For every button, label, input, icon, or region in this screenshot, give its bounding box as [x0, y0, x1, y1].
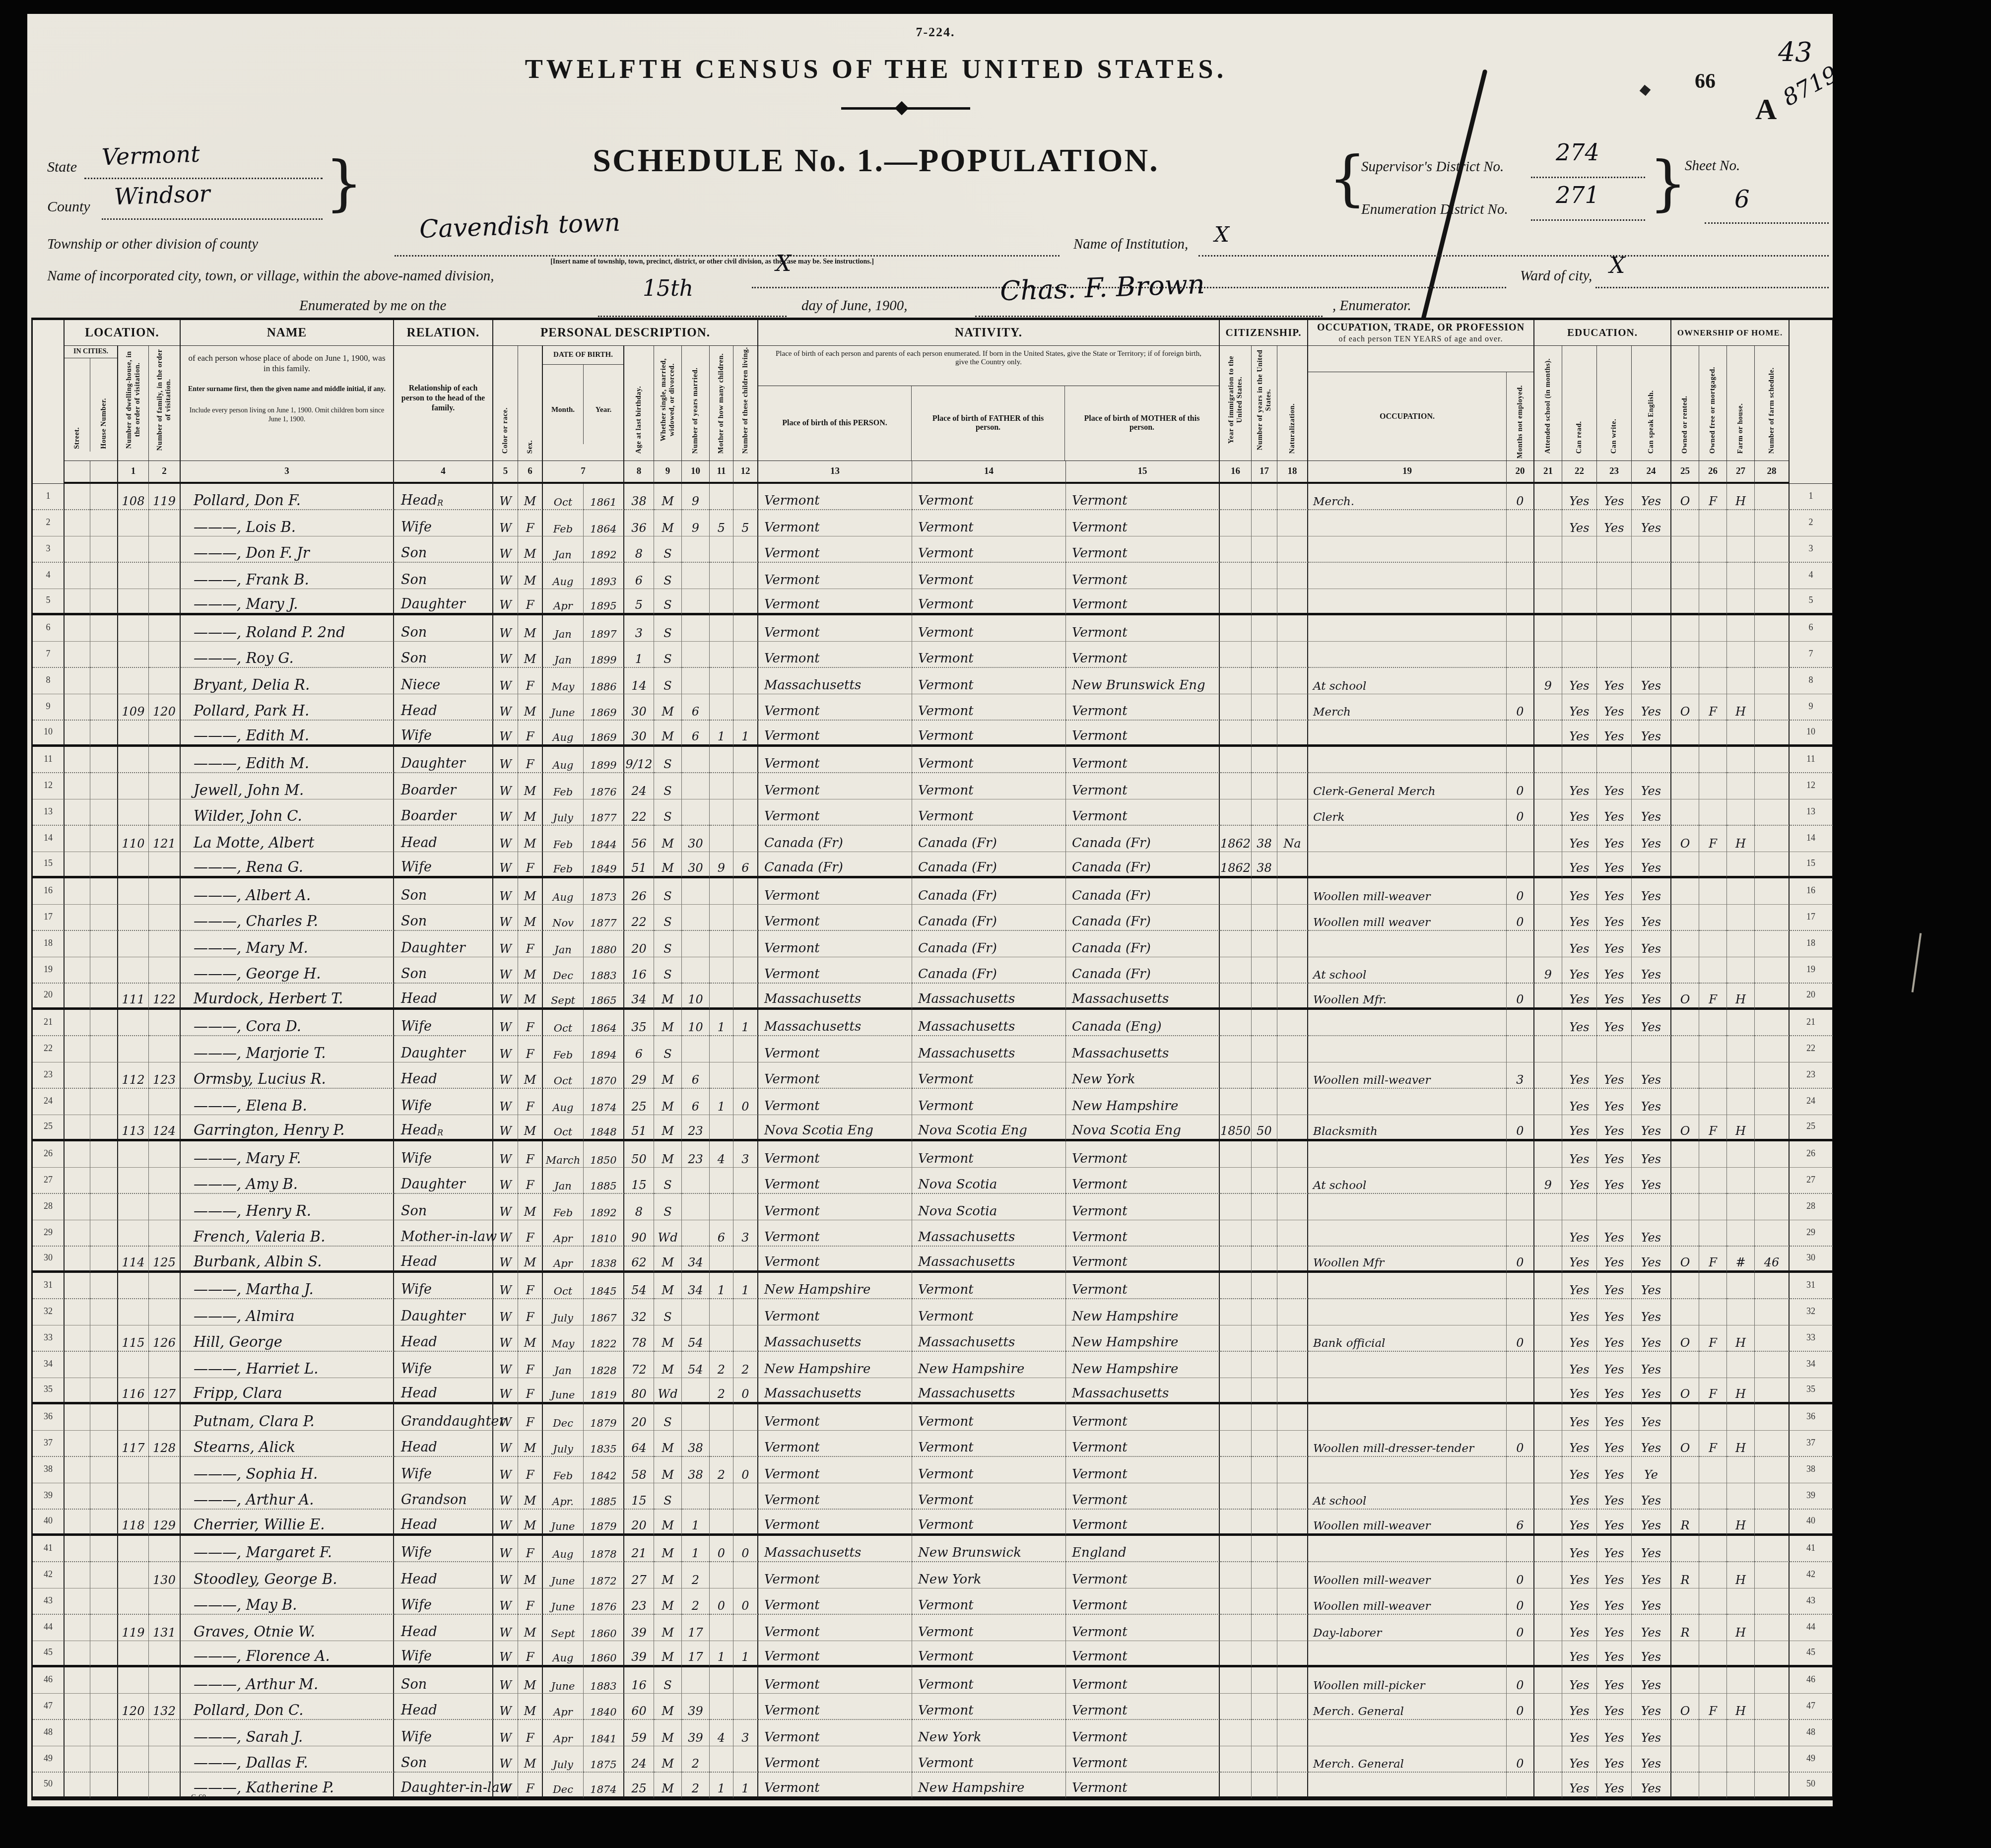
row-number-left: 22 [33, 1036, 65, 1062]
cell-months_unemployed [1507, 668, 1534, 694]
cell-farm_or_house [1727, 668, 1755, 694]
cell-naturalization [1277, 773, 1308, 799]
cell-farm_schedule [1755, 1115, 1790, 1141]
cell-year: 1885 [584, 1168, 624, 1194]
cell-dwelling [118, 905, 149, 931]
cell-father_born: Massachusetts [912, 1036, 1066, 1062]
row-number-right: 26 [1790, 1141, 1833, 1168]
cell-years_us [1252, 1694, 1277, 1720]
row-number-left: 34 [33, 1352, 65, 1378]
row-number-right: 40 [1790, 1510, 1833, 1536]
cell-mother_born: Vermont [1066, 1510, 1220, 1536]
cell-read: Yes [1562, 852, 1597, 878]
cell-marital: S [654, 1036, 682, 1062]
street-cell [65, 905, 90, 931]
cell-immigration [1220, 1089, 1252, 1115]
cell-year: 1876 [584, 1588, 624, 1615]
cell-mortgage [1699, 799, 1727, 826]
cell-relation: Head [394, 1325, 493, 1352]
cell-race: W [493, 1615, 518, 1641]
column-number: 11 [710, 461, 733, 484]
cell-years_married: 6 [682, 1062, 710, 1089]
cell-immigration [1220, 984, 1252, 1010]
row-number-left: 15 [33, 852, 65, 878]
cell-born: Vermont [758, 1641, 912, 1667]
cell-born: Vermont [758, 484, 912, 510]
cell-year: 1874 [584, 1773, 624, 1799]
cell-year: 1848 [584, 1115, 624, 1141]
cell-relation: Daughter [394, 931, 493, 957]
house-number-cell [90, 905, 118, 931]
cell-family [149, 1089, 181, 1115]
cell-relation: Son [394, 642, 493, 668]
township-label: Township or other division of county [47, 236, 258, 253]
cell-years_us [1252, 694, 1277, 721]
cell-race: W [493, 1273, 518, 1299]
cell-year: 1883 [584, 957, 624, 984]
cell-sex: M [518, 984, 543, 1010]
cell-born: Vermont [758, 773, 912, 799]
cell-month: Jan [543, 931, 584, 957]
cell-children_living: 3 [733, 1720, 758, 1746]
cell-years_us [1252, 1483, 1277, 1510]
cell-family [149, 1746, 181, 1773]
cell-english [1632, 563, 1671, 589]
row-number-right: 21 [1790, 1010, 1833, 1036]
cell-marital: S [654, 615, 682, 642]
cell-years_married [682, 957, 710, 984]
cell-farm_or_house [1727, 747, 1755, 773]
cell-name: Garrington, Henry P. [181, 1115, 394, 1141]
cell-english [1632, 536, 1671, 563]
cell-month: Apr [543, 1220, 584, 1247]
cell-naturalization [1277, 1562, 1308, 1588]
cell-owned [1671, 1667, 1699, 1694]
cell-father_born: Massachusetts [912, 1010, 1066, 1036]
cell-dwelling [118, 1562, 149, 1588]
cell-sex: M [518, 878, 543, 905]
cell-farm_schedule [1755, 905, 1790, 931]
cell-read: Yes [1562, 1089, 1597, 1115]
cell-children_living: 5 [733, 510, 758, 536]
cell-mother_of [710, 799, 733, 826]
citizenship-group-header: CITIZENSHIP. [1220, 320, 1308, 346]
cell-years_married: 34 [682, 1247, 710, 1273]
cell-age: 22 [624, 799, 654, 826]
cell-month: Jan [543, 615, 584, 642]
sheet-line [1705, 222, 1829, 224]
cell-year: 1867 [584, 1299, 624, 1325]
cell-occupation: Woollen mill-weaver [1308, 1588, 1507, 1615]
cell-immigration [1220, 773, 1252, 799]
cell-school [1534, 615, 1562, 642]
cell-farm_or_house [1727, 931, 1755, 957]
cell-race: W [493, 1641, 518, 1667]
cell-months_unemployed [1507, 1089, 1534, 1115]
cell-born: Massachusetts [758, 1010, 912, 1036]
cell-family [149, 1720, 181, 1746]
cell-age: 16 [624, 1667, 654, 1694]
cell-farm_schedule [1755, 615, 1790, 642]
cell-farm_or_house [1727, 1588, 1755, 1615]
cell-sex: M [518, 957, 543, 984]
cell-years_married: 6 [682, 721, 710, 747]
row-number-left: 35 [33, 1378, 65, 1404]
cell-years_married [682, 642, 710, 668]
row-number-right: 44 [1790, 1615, 1833, 1641]
cell-born: Vermont [758, 878, 912, 905]
cell-read [1562, 563, 1597, 589]
cell-father_born: Vermont [912, 1510, 1066, 1536]
cell-mother_of: 4 [710, 1720, 733, 1746]
cell-immigration [1220, 536, 1252, 563]
enumeration-label: Enumeration District No. [1361, 201, 1508, 218]
row-number-right: 2 [1790, 510, 1833, 536]
cell-relation: Wife [394, 1641, 493, 1667]
cell-owned: O [1671, 1378, 1699, 1404]
cell-children_living [733, 589, 758, 615]
cell-year: 1873 [584, 878, 624, 905]
cell-family [149, 1773, 181, 1799]
cell-month: Jan [543, 1168, 584, 1194]
cell-read: Yes [1562, 1115, 1597, 1141]
cell-children_living [733, 1325, 758, 1352]
cell-school [1534, 1089, 1562, 1115]
cell-name: Hill, George [181, 1325, 394, 1352]
cell-children_living: 1 [733, 1773, 758, 1799]
cell-children_living: 1 [733, 1010, 758, 1036]
row-number-right: 33 [1790, 1325, 1833, 1352]
column-number: 17 [1252, 461, 1277, 484]
cell-english: Yes [1632, 1141, 1671, 1168]
cell-race: W [493, 1352, 518, 1378]
cell-years_married: 30 [682, 826, 710, 852]
cell-age: 27 [624, 1562, 654, 1588]
cell-read: Yes [1562, 484, 1597, 510]
cell-naturalization [1277, 957, 1308, 984]
cell-farm_schedule [1755, 1588, 1790, 1615]
cell-mother_of [710, 484, 733, 510]
farm-or-house-header: Farm or house. [1727, 346, 1755, 461]
cell-month: Jan [543, 1352, 584, 1378]
house-number-cell [90, 1588, 118, 1615]
cell-years_us [1252, 878, 1277, 905]
cell-month: Feb [543, 1036, 584, 1062]
column-number: 9 [654, 461, 682, 484]
cell-race: W [493, 1220, 518, 1247]
cell-occupation: At school [1308, 668, 1507, 694]
cell-immigration [1220, 1010, 1252, 1036]
cell-mother_born: Vermont [1066, 563, 1220, 589]
cell-read: Yes [1562, 1773, 1597, 1799]
enumeration-line [1531, 219, 1645, 221]
cell-english: Yes [1632, 852, 1671, 878]
cell-name: Stoodley, George B. [181, 1562, 394, 1588]
cell-mortgage [1699, 1062, 1727, 1089]
cell-born: Vermont [758, 1404, 912, 1431]
cell-immigration [1220, 931, 1252, 957]
cell-months_unemployed [1507, 721, 1534, 747]
cell-occupation: Woollen mill-weaver [1308, 1062, 1507, 1089]
cell-age: 78 [624, 1325, 654, 1352]
column-number: 19 [1308, 461, 1507, 484]
row-number-right: 31 [1790, 1273, 1833, 1299]
house-number-cell [90, 1325, 118, 1352]
cell-name: Graves, Otnie W. [181, 1615, 394, 1641]
cell-race: W [493, 1773, 518, 1799]
cell-occupation [1308, 536, 1507, 563]
street-cell [65, 484, 90, 510]
cell-english: Yes [1632, 1694, 1671, 1720]
cell-mother_born: New Hampshire [1066, 1325, 1220, 1352]
cell-family [149, 1194, 181, 1220]
cell-born: New Hampshire [758, 1273, 912, 1299]
cell-occupation [1308, 1720, 1507, 1746]
row-number-right: 4 [1790, 563, 1833, 589]
cell-mother_of [710, 1694, 733, 1720]
cell-mortgage [1699, 1510, 1727, 1536]
cell-naturalization [1277, 852, 1308, 878]
cell-name: ———, Sophia H. [181, 1457, 394, 1483]
cell-marital: M [654, 984, 682, 1010]
cell-english [1632, 1036, 1671, 1062]
cell-born: Vermont [758, 1694, 912, 1720]
cell-born: Vermont [758, 721, 912, 747]
cell-mortgage [1699, 563, 1727, 589]
cell-sex: M [518, 1615, 543, 1641]
cell-years_us [1252, 1325, 1277, 1352]
cell-mother_born: New York [1066, 1062, 1220, 1089]
cell-father_born: Vermont [912, 589, 1066, 615]
house-number-cell [90, 1667, 118, 1694]
cell-mother_of [710, 984, 733, 1010]
cell-father_born: Vermont [912, 1141, 1066, 1168]
cell-read: Yes [1562, 1510, 1597, 1536]
cell-owned [1671, 1457, 1699, 1483]
cell-born: Massachusetts [758, 984, 912, 1010]
cell-immigration [1220, 1378, 1252, 1404]
house-number-cell [90, 1746, 118, 1773]
street-cell [65, 957, 90, 984]
cell-farm_schedule [1755, 957, 1790, 984]
column-number: 4 [394, 461, 493, 484]
cell-farm_or_house: H [1727, 1325, 1755, 1352]
cell-name: ———, Harriet L. [181, 1352, 394, 1378]
row-number-left: 42 [33, 1562, 65, 1588]
cell-name: ———, Arthur M. [181, 1667, 394, 1694]
cell-dwelling: 120 [118, 1694, 149, 1720]
cell-father_born: Vermont [912, 773, 1066, 799]
cell-naturalization [1277, 1352, 1308, 1378]
cell-naturalization [1277, 1089, 1308, 1115]
cell-naturalization [1277, 1773, 1308, 1799]
cell-mother_of [710, 826, 733, 852]
cell-family [149, 589, 181, 615]
cell-marital: S [654, 1404, 682, 1431]
cell-family [149, 536, 181, 563]
cell-years_married: 17 [682, 1615, 710, 1641]
cell-school [1534, 1720, 1562, 1746]
cell-year: 1822 [584, 1325, 624, 1352]
cell-mortgage [1699, 773, 1727, 799]
cell-dwelling [118, 1168, 149, 1194]
cell-years_married: 38 [682, 1457, 710, 1483]
cell-family [149, 931, 181, 957]
stamp-dot [1640, 85, 1651, 96]
cell-read: Yes [1562, 510, 1597, 536]
sheet-value: 6 [1734, 186, 1750, 213]
column-number [65, 461, 90, 484]
cell-mother_born: Nova Scotia Eng [1066, 1115, 1220, 1141]
cell-dwelling [118, 773, 149, 799]
street-cell [65, 1273, 90, 1299]
row-number-left: 26 [33, 1141, 65, 1168]
cell-children_living [733, 1694, 758, 1720]
cell-mother_born: Vermont [1066, 1168, 1220, 1194]
cell-farm_or_house [1727, 1141, 1755, 1168]
cell-write: Yes [1597, 721, 1632, 747]
house-number-cell [90, 1089, 118, 1115]
house-number-cell [90, 1036, 118, 1062]
cell-mother_born: Vermont [1066, 1773, 1220, 1799]
cell-children_living: 6 [733, 852, 758, 878]
street-cell [65, 747, 90, 773]
cell-farm_schedule [1755, 1667, 1790, 1694]
cell-race: W [493, 721, 518, 747]
cell-owned: O [1671, 984, 1699, 1010]
cell-farm_schedule [1755, 1062, 1790, 1089]
cell-family [149, 1299, 181, 1325]
cell-school [1534, 1194, 1562, 1220]
cell-name: ———, Mary M. [181, 931, 394, 957]
cell-mother_born: Canada (Fr) [1066, 957, 1220, 984]
cell-school [1534, 1615, 1562, 1641]
cell-father_born: Vermont [912, 1431, 1066, 1457]
house-number-cell [90, 1720, 118, 1746]
cell-farm_schedule [1755, 1773, 1790, 1799]
cell-owned [1671, 1536, 1699, 1562]
cell-years_us [1252, 615, 1277, 642]
cell-children_living: 1 [733, 1273, 758, 1299]
cell-farm_schedule [1755, 1194, 1790, 1220]
cell-race: W [493, 1483, 518, 1510]
district-brace-open: { [1328, 144, 1366, 213]
cell-relation: Mother-in-law [394, 1220, 493, 1247]
cell-years_married [682, 931, 710, 957]
row-number-left: 45 [33, 1641, 65, 1667]
cell-english: Yes [1632, 931, 1671, 957]
cell-owned [1671, 1483, 1699, 1510]
cell-write: Yes [1597, 1641, 1632, 1667]
row-number-left: 27 [33, 1168, 65, 1194]
cell-month: Apr [543, 1694, 584, 1720]
cell-year: 1899 [584, 642, 624, 668]
cell-read: Yes [1562, 1667, 1597, 1694]
cell-write: Yes [1597, 1352, 1632, 1378]
cell-dwelling [118, 1141, 149, 1168]
cell-mother_born: Vermont [1066, 1404, 1220, 1431]
cell-school [1534, 1115, 1562, 1141]
cell-marital: S [654, 1168, 682, 1194]
cell-dwelling [118, 1194, 149, 1220]
house-number-cell [90, 1010, 118, 1036]
cell-months_unemployed [1507, 1457, 1534, 1483]
cell-immigration: 1862 [1220, 826, 1252, 852]
cell-name: ———, Edith M. [181, 747, 394, 773]
cell-immigration: 1862 [1220, 852, 1252, 878]
cell-name: ———, Margaret F. [181, 1536, 394, 1562]
cell-father_born: Massachusetts [912, 1247, 1066, 1273]
cell-children_living [733, 878, 758, 905]
cell-write: Yes [1597, 1773, 1632, 1799]
cell-years_married [682, 773, 710, 799]
cell-write: Yes [1597, 1746, 1632, 1773]
cell-mortgage: F [1699, 1694, 1727, 1720]
cell-name: Bryant, Delia R. [181, 668, 394, 694]
cell-name: ———, Henry R. [181, 1194, 394, 1220]
cell-relation: Wife [394, 1010, 493, 1036]
dwelling-number-header: Number of dwelling-house, in the order o… [118, 346, 149, 461]
cell-farm_schedule [1755, 931, 1790, 957]
cell-months_unemployed [1507, 1404, 1534, 1431]
house-number-cell [90, 826, 118, 852]
row-number-right: 46 [1790, 1667, 1833, 1694]
cell-mother_of [710, 878, 733, 905]
cell-relation: Wife [394, 721, 493, 747]
cell-occupation: At school [1308, 1168, 1507, 1194]
cell-children_living [733, 773, 758, 799]
cell-relation: Wife [394, 1352, 493, 1378]
cell-farm_or_house: H [1727, 694, 1755, 721]
cell-owned [1671, 642, 1699, 668]
cell-school [1534, 1036, 1562, 1062]
cell-sex: F [518, 1641, 543, 1667]
cell-born: Vermont [758, 1141, 912, 1168]
cell-children_living [733, 799, 758, 826]
cell-years_us [1252, 510, 1277, 536]
cell-months_unemployed [1507, 589, 1534, 615]
cell-months_unemployed [1507, 1378, 1534, 1404]
cell-dwelling: 111 [118, 984, 149, 1010]
street-cell [65, 1746, 90, 1773]
cell-farm_or_house: H [1727, 1115, 1755, 1141]
cell-farm_or_house [1727, 615, 1755, 642]
township-value: Cavendish town [419, 208, 621, 244]
row-number-left: 50 [33, 1773, 65, 1799]
cell-naturalization [1277, 563, 1308, 589]
cell-immigration [1220, 1352, 1252, 1378]
cell-occupation: Woollen mill-weaver [1308, 1562, 1507, 1588]
cell-marital: Wd [654, 1378, 682, 1404]
cell-years_us [1252, 1746, 1277, 1773]
cell-relation: Head R [394, 1115, 493, 1141]
cell-mortgage [1699, 1194, 1727, 1220]
cell-years_us [1252, 1062, 1277, 1089]
cell-father_born: Vermont [912, 536, 1066, 563]
cell-race: W [493, 1325, 518, 1352]
cell-race: W [493, 484, 518, 510]
cell-month: Aug [543, 1536, 584, 1562]
house-number-cell [90, 1273, 118, 1299]
city-value: X [776, 251, 791, 276]
cell-name: ———, Florence A. [181, 1641, 394, 1667]
cell-mother_of [710, 1746, 733, 1773]
cell-age: 20 [624, 931, 654, 957]
cell-sex: F [518, 721, 543, 747]
cell-marital: M [654, 1010, 682, 1036]
cell-name: Murdock, Herbert T. [181, 984, 394, 1010]
cell-relation: Wife [394, 1141, 493, 1168]
